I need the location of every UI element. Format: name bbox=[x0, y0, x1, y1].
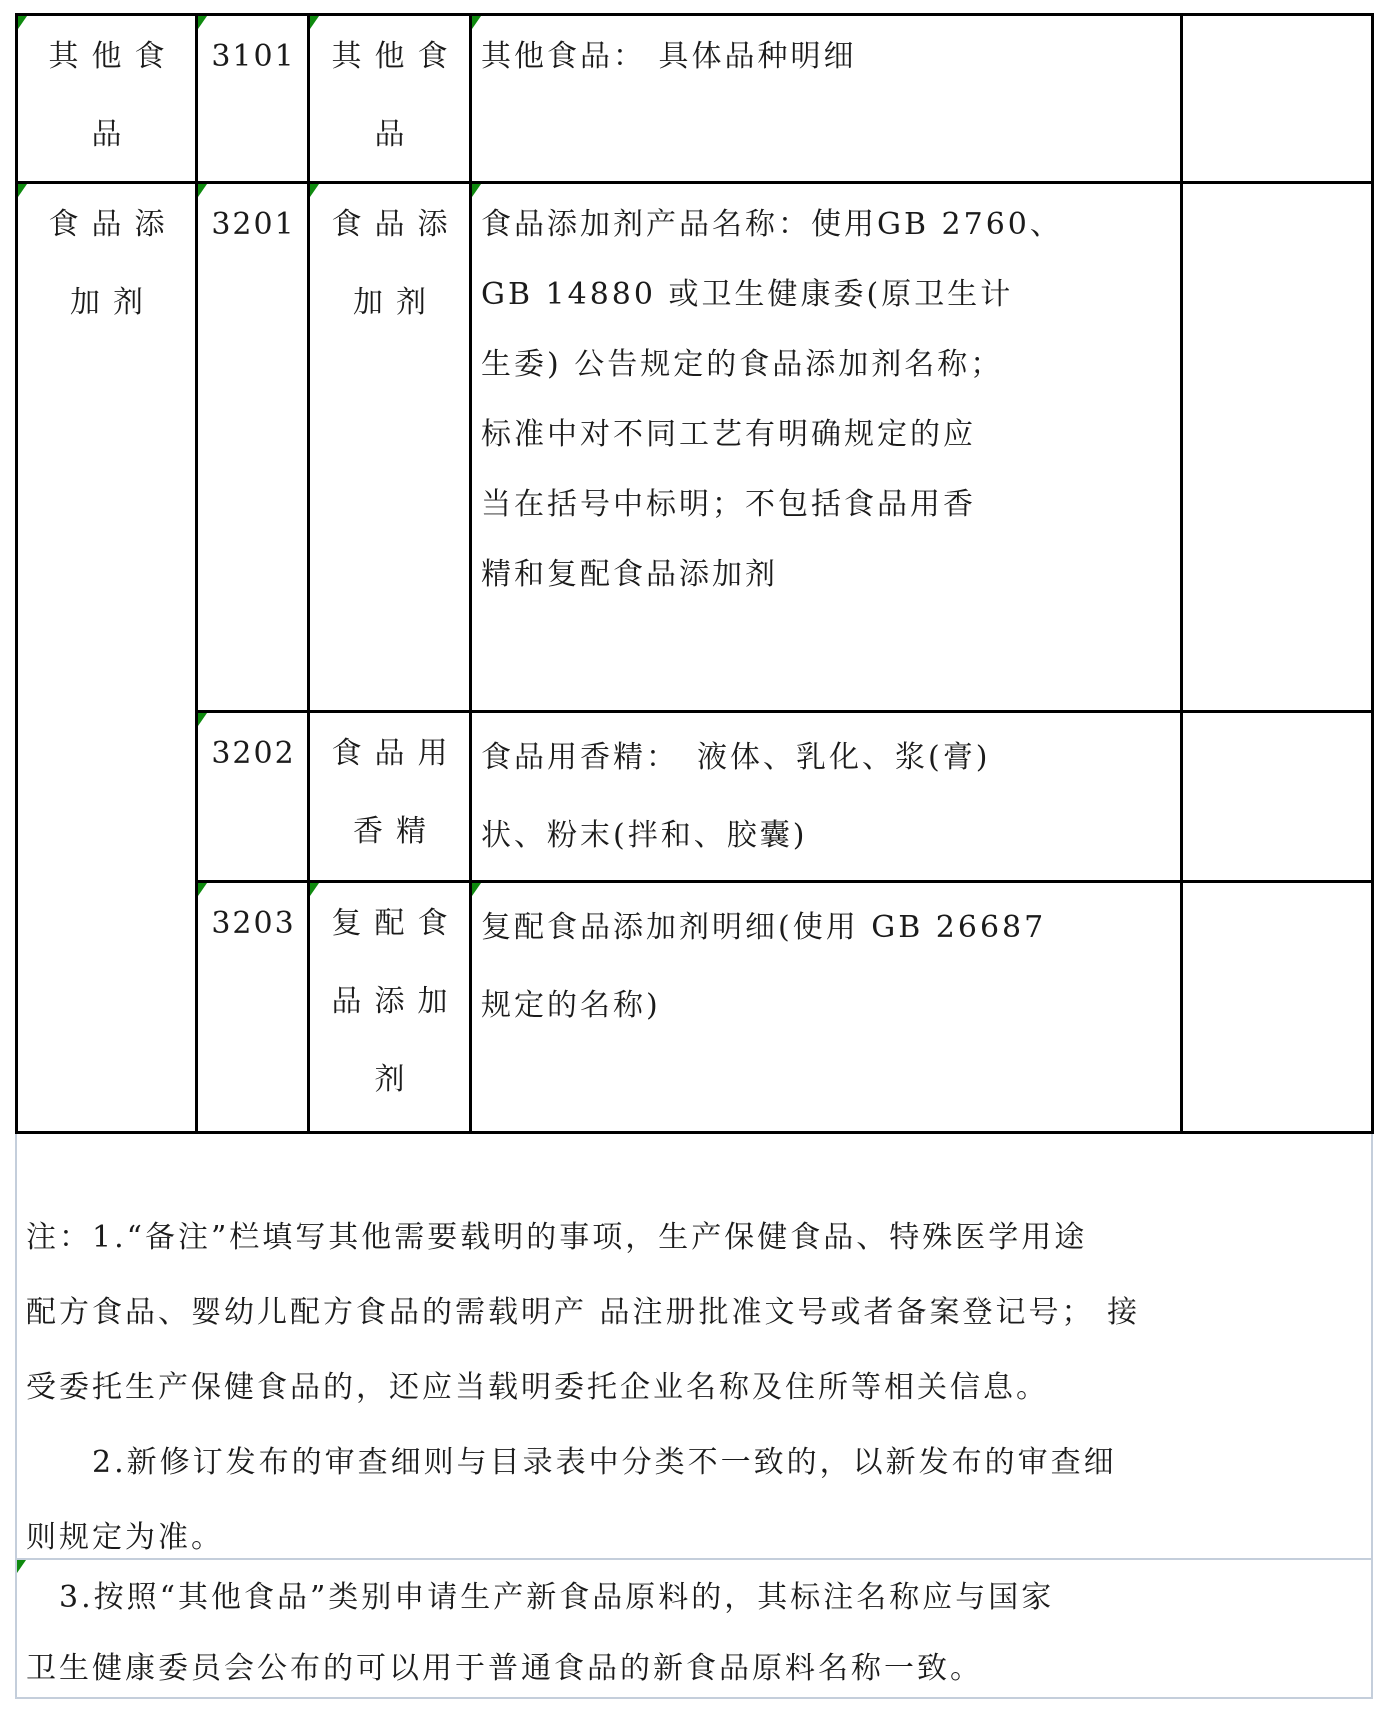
table-row-3203: 3203 复配食 品添加 剂 复配食品添加剂明细(使用 GB 26687 规 bbox=[17, 882, 1373, 1133]
note-line: 卫生健康委员会公布的可以用于普通食品的新食品原料名称一致。 bbox=[26, 1633, 1361, 1704]
document-page: 其他食 品 3101 其他食 品 bbox=[0, 0, 1388, 1716]
comment-marker-icon bbox=[17, 1560, 26, 1573]
code-text: 3203 bbox=[198, 885, 307, 963]
subcategory-text: 香精 bbox=[310, 793, 469, 871]
cell-code: 3201 bbox=[197, 183, 309, 712]
cell-subcategory: 复配食 品添加 剂 bbox=[309, 882, 471, 1133]
code-text: 3101 bbox=[198, 18, 307, 96]
category-text: 其他食 bbox=[18, 18, 195, 96]
subcategory-text: 食品添 bbox=[310, 186, 469, 264]
description-text: 状、粉末(拌和、胶囊) bbox=[481, 797, 1174, 875]
notes-section: 注：1.“备注”栏填写其他需要载明的事项，生产保健食品、特殊医学用途 配方食品、… bbox=[15, 1134, 1373, 1699]
description-text: GB 14880 或卫生健康委(原卫生计 bbox=[481, 260, 1174, 330]
cell-remarks bbox=[1182, 183, 1373, 712]
cell-code: 3203 bbox=[197, 882, 309, 1133]
category-text: 加剂 bbox=[18, 264, 195, 342]
note-line: 注：1.“备注”栏填写其他需要载明的事项，生产保健食品、特殊医学用途 bbox=[26, 1200, 1361, 1275]
subcategory-text: 食品用 bbox=[310, 715, 469, 793]
cell-code: 3202 bbox=[197, 712, 309, 882]
description-text: 当在括号中标明；不包括食品用香 bbox=[481, 470, 1174, 540]
subcategory-text: 品添加 bbox=[310, 963, 469, 1041]
notes-block-1: 注：1.“备注”栏填写其他需要载明的事项，生产保健食品、特殊医学用途 配方食品、… bbox=[17, 1134, 1371, 1558]
description-text: 规定的名称) bbox=[481, 967, 1174, 1045]
table-row-3202: 3202 食品用 香精 食品用香精： 液体、乳化、浆(膏) 状、粉末(拌和、胶囊… bbox=[17, 712, 1373, 882]
note-line: 2.新修订发布的审查细则与目录表中分类不一致的，以新发布的审查细 bbox=[26, 1425, 1361, 1500]
cell-subcategory: 食品添 加剂 bbox=[309, 183, 471, 712]
cell-code: 3101 bbox=[197, 15, 309, 183]
description-text: 复配食品添加剂明细(使用 GB 26687 bbox=[481, 889, 1174, 967]
cell-remarks bbox=[1182, 882, 1373, 1133]
subcategory-text: 品 bbox=[310, 96, 469, 174]
description-text: 食品用香精： 液体、乳化、浆(膏) bbox=[481, 719, 1174, 797]
note-line: 受委托生产保健食品的，还应当载明委托企业名称及住所等相关信息。 bbox=[26, 1350, 1361, 1425]
cell-description: 食品添加剂产品名称：使用GB 2760、 GB 14880 或卫生健康委(原卫生… bbox=[471, 183, 1182, 712]
code-text: 3201 bbox=[198, 186, 307, 264]
description-text: 生委) 公告规定的食品添加剂名称； bbox=[481, 330, 1174, 400]
table-row-3201: 食品添 加剂 3201 食品添 加剂 bbox=[17, 183, 1373, 712]
category-text: 品 bbox=[18, 96, 195, 174]
cell-subcategory: 其他食 品 bbox=[309, 15, 471, 183]
description-text: 标准中对不同工艺有明确规定的应 bbox=[481, 400, 1174, 470]
table-row-3101: 其他食 品 3101 其他食 品 bbox=[17, 15, 1373, 183]
cell-category: 其他食 品 bbox=[17, 15, 197, 183]
description-text: 精和复配食品添加剂 bbox=[481, 540, 1174, 610]
subcategory-text: 其他食 bbox=[310, 18, 469, 96]
description-text: 食品添加剂产品名称：使用GB 2760、 bbox=[481, 190, 1174, 260]
note-line: 3.按照“其他食品”类别申请生产新食品原料的，其标注名称应与国家 bbox=[26, 1562, 1361, 1633]
subcategory-text: 复配食 bbox=[310, 885, 469, 963]
note-line: 配方食品、婴幼儿配方食品的需载明产 品注册批准文号或者备案登记号； 接 bbox=[26, 1275, 1361, 1350]
cell-description: 其他食品： 具体品种明细 bbox=[471, 15, 1182, 183]
notes-block-2: 3.按照“其他食品”类别申请生产新食品原料的，其标注名称应与国家 卫生健康委员会… bbox=[17, 1558, 1371, 1697]
cell-description: 食品用香精： 液体、乳化、浆(膏) 状、粉末(拌和、胶囊) bbox=[471, 712, 1182, 882]
cell-category: 食品添 加剂 bbox=[17, 183, 197, 1133]
category-text: 食品添 bbox=[18, 186, 195, 264]
cell-subcategory: 食品用 香精 bbox=[309, 712, 471, 882]
subcategory-text: 加剂 bbox=[310, 264, 469, 342]
code-text: 3202 bbox=[198, 715, 307, 793]
product-category-table: 其他食 品 3101 其他食 品 bbox=[15, 13, 1374, 1134]
cell-remarks bbox=[1182, 712, 1373, 882]
subcategory-text: 剂 bbox=[310, 1041, 469, 1119]
description-text: 其他食品： 具体品种明细 bbox=[481, 22, 1174, 92]
cell-remarks bbox=[1182, 15, 1373, 183]
cell-description: 复配食品添加剂明细(使用 GB 26687 规定的名称) bbox=[471, 882, 1182, 1133]
